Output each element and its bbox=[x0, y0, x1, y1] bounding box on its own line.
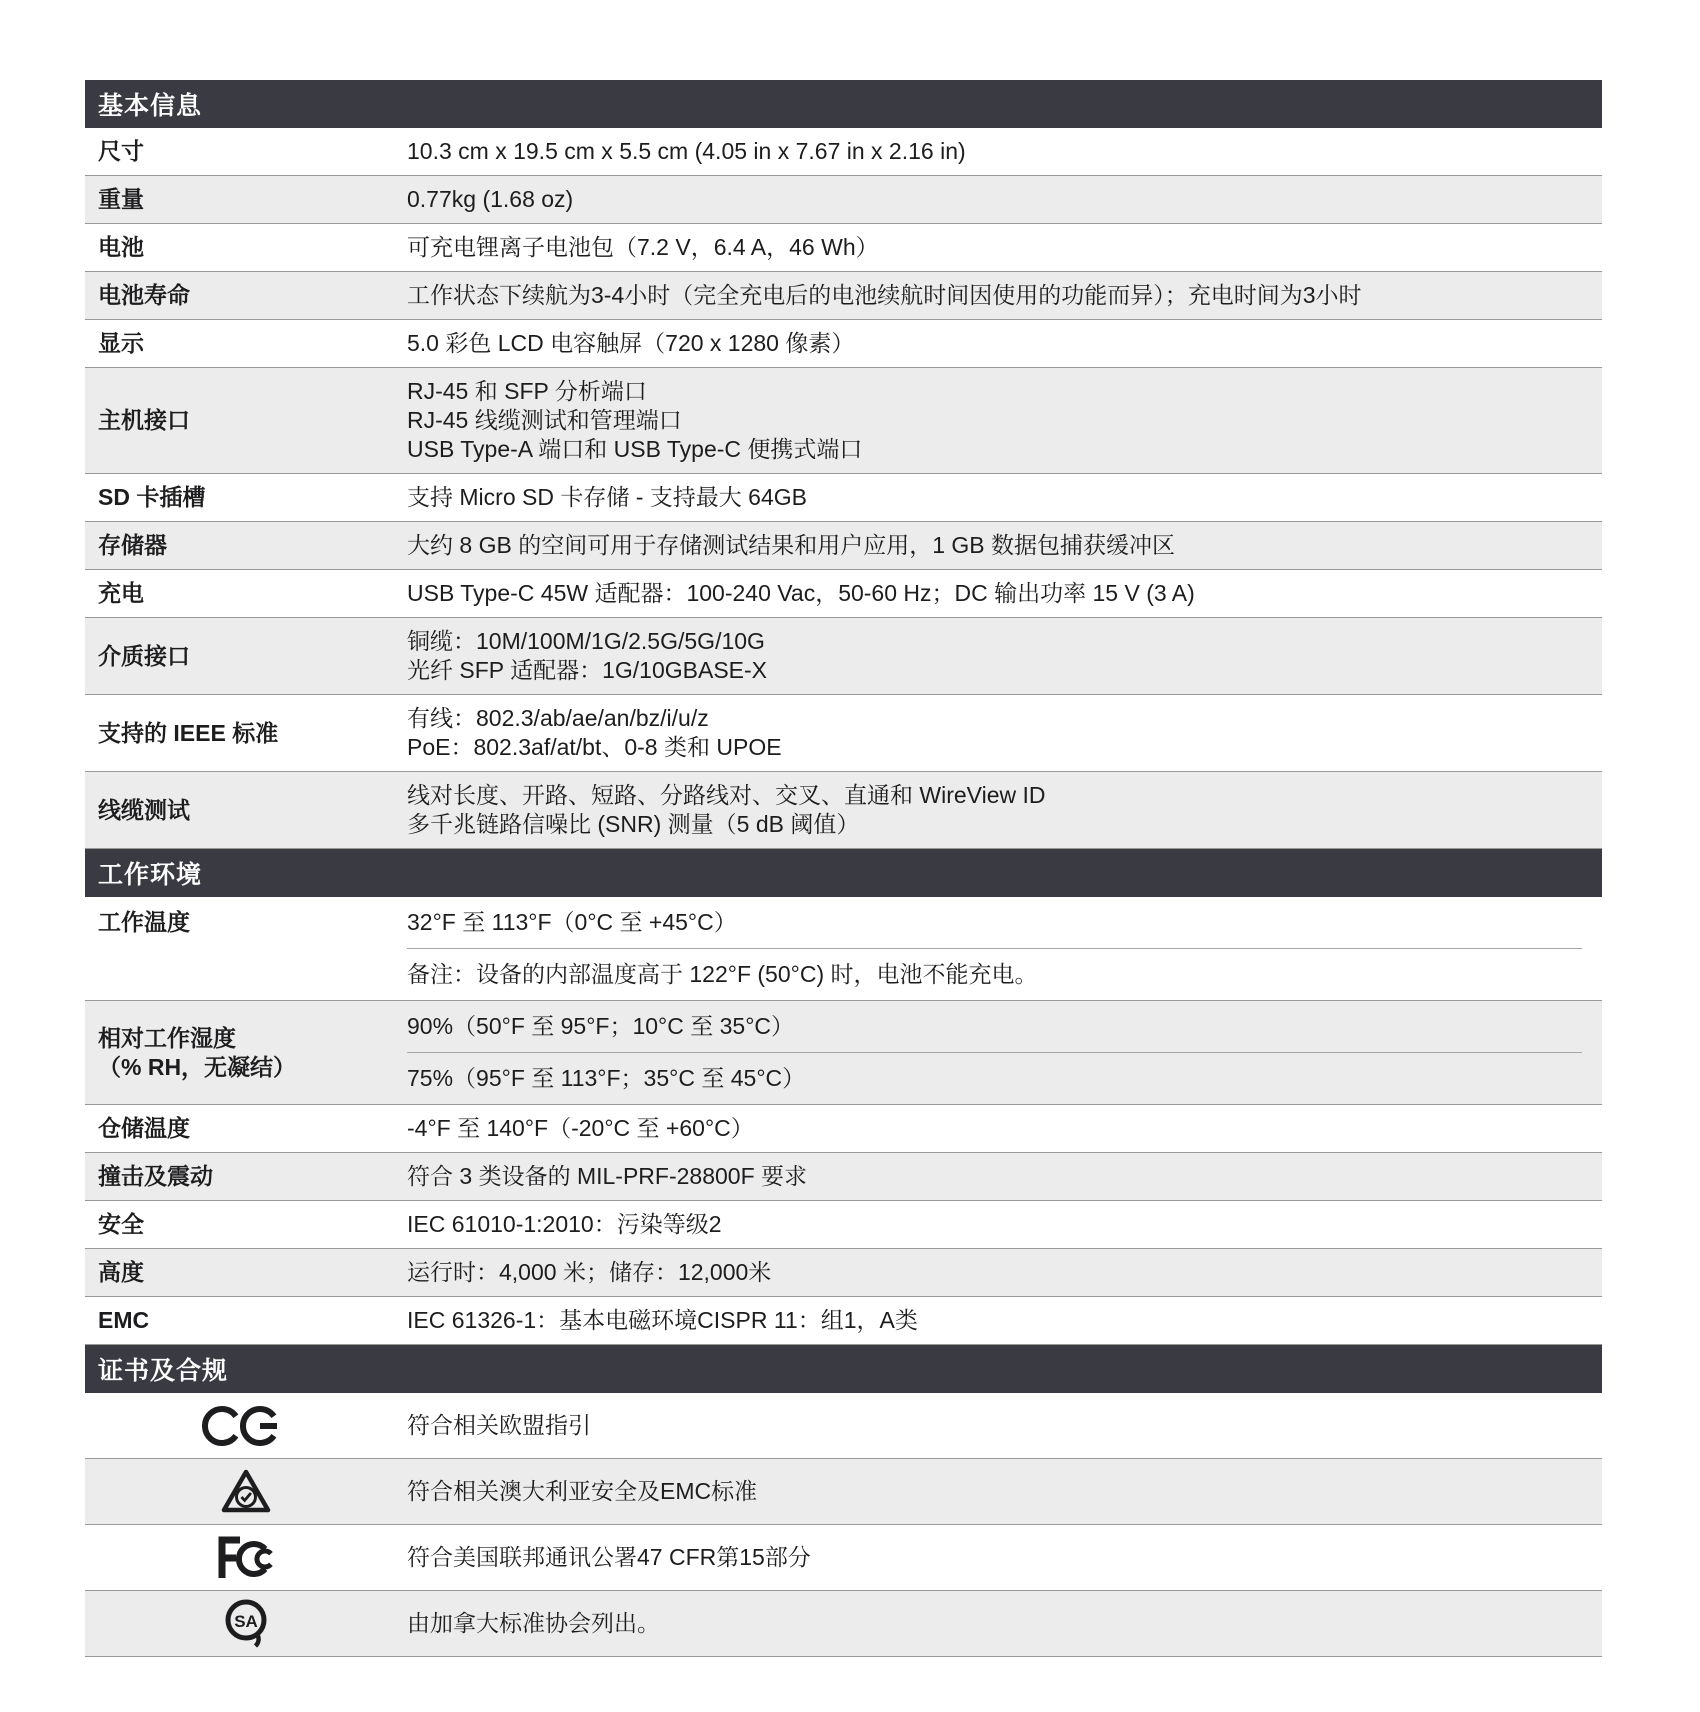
spec-label-line: 支持的 IEEE 标准 bbox=[98, 719, 397, 748]
section-header: 基本信息 bbox=[85, 80, 1602, 128]
certification-row: 符合相关欧盟指引 bbox=[85, 1393, 1602, 1459]
spec-label: 重量 bbox=[85, 176, 407, 223]
spec-row: EMCIEC 61326-1：基本电磁环境CISPR 11：组1，A类 bbox=[85, 1297, 1602, 1345]
spec-label: SD 卡插槽 bbox=[85, 474, 407, 521]
spec-value-group: 符合美国联邦通讯公署47 CFR第15部分 bbox=[407, 1534, 1582, 1581]
spec-value: 5.0 彩色 LCD 电容触屏（720 x 1280 像素） bbox=[407, 320, 1602, 367]
spec-label-line: 介质接口 bbox=[98, 642, 397, 671]
spec-value-group: 符合相关澳大利亚安全及EMC标准 bbox=[407, 1468, 1582, 1515]
spec-value: 符合相关澳大利亚安全及EMC标准 bbox=[407, 1459, 1602, 1524]
spec-label: 电池寿命 bbox=[85, 272, 407, 319]
spec-value-group: 可充电锂离子电池包（7.2 V，6.4 A，46 Wh） bbox=[407, 224, 1582, 271]
spec-value-group: 75%（95°F 至 113°F；35°C 至 45°C） bbox=[407, 1052, 1582, 1104]
spec-row: 线缆测试线对长度、开路、短路、分路线对、交叉、直通和 WireView ID多千… bbox=[85, 772, 1602, 849]
spec-label-line: （% RH，无凝结） bbox=[98, 1053, 397, 1082]
spec-value-group: 符合 3 类设备的 MIL-PRF-28800F 要求 bbox=[407, 1153, 1582, 1200]
spec-label-line: 重量 bbox=[98, 185, 397, 214]
spec-value-line: 多千兆链路信噪比 (SNR) 测量（5 dB 阈值） bbox=[407, 810, 1582, 839]
spec-label: 高度 bbox=[85, 1249, 407, 1296]
spec-label-line: 充电 bbox=[98, 579, 397, 608]
spec-value-line: -4°F 至 140°F（-20°C 至 +60°C） bbox=[407, 1114, 1582, 1143]
certification-row: 符合美国联邦通讯公署47 CFR第15部分 bbox=[85, 1525, 1602, 1591]
spec-value: 0.77kg (1.68 oz) bbox=[407, 176, 1602, 223]
spec-label: 相对工作湿度（% RH，无凝结） bbox=[85, 1001, 407, 1104]
spec-value: 32°F 至 113°F（0°C 至 +45°C）备注：设备的内部温度高于 12… bbox=[407, 897, 1602, 1000]
spec-label-line: 主机接口 bbox=[98, 406, 397, 435]
spec-label: 充电 bbox=[85, 570, 407, 617]
section-title: 工作环境 bbox=[98, 855, 202, 891]
spec-label-line: 线缆测试 bbox=[98, 796, 397, 825]
spec-value: 运行时：4,000 米；储存：12,000米 bbox=[407, 1249, 1602, 1296]
spec-value-line: 运行时：4,000 米；储存：12,000米 bbox=[407, 1258, 1582, 1287]
spec-row: 介质接口铜缆：10M/100M/1G/2.5G/5G/10G光纤 SFP 适配器… bbox=[85, 618, 1602, 695]
spec-label: 尺寸 bbox=[85, 128, 407, 175]
spec-row: 主机接口RJ-45 和 SFP 分析端口RJ-45 线缆测试和管理端口USB T… bbox=[85, 368, 1602, 474]
spec-value-line: 线对长度、开路、短路、分路线对、交叉、直通和 WireView ID bbox=[407, 781, 1582, 810]
spec-value-line: 可充电锂离子电池包（7.2 V，6.4 A，46 Wh） bbox=[407, 233, 1582, 262]
spec-value: 10.3 cm x 19.5 cm x 5.5 cm (4.05 in x 7.… bbox=[407, 128, 1602, 175]
spec-row: 撞击及震动符合 3 类设备的 MIL-PRF-28800F 要求 bbox=[85, 1153, 1602, 1201]
spec-value-group: 备注：设备的内部温度高于 122°F (50°C) 时，电池不能充电。 bbox=[407, 948, 1582, 1000]
spec-value-line: 符合相关澳大利亚安全及EMC标准 bbox=[407, 1477, 1582, 1506]
spec-label: 线缆测试 bbox=[85, 772, 407, 848]
spec-value-line: 铜缆：10M/100M/1G/2.5G/5G/10G bbox=[407, 627, 1582, 656]
spec-row: SD 卡插槽支持 Micro SD 卡存储 - 支持最大 64GB bbox=[85, 474, 1602, 522]
spec-value-group: 符合相关欧盟指引 bbox=[407, 1402, 1582, 1449]
certification-logo-cell bbox=[85, 1525, 407, 1590]
section-header: 工作环境 bbox=[85, 849, 1602, 897]
spec-value: 90%（50°F 至 95°F；10°C 至 35°C）75%（95°F 至 1… bbox=[407, 1001, 1602, 1104]
spec-value-line: 90%（50°F 至 95°F；10°C 至 35°C） bbox=[407, 1012, 1582, 1041]
spec-value-line: IEC 61010-1:2010：污染等级2 bbox=[407, 1210, 1582, 1239]
spec-value-group: 线对长度、开路、短路、分路线对、交叉、直通和 WireView ID多千兆链路信… bbox=[407, 772, 1582, 848]
spec-value-line: USB Type-A 端口和 USB Type-C 便携式端口 bbox=[407, 435, 1582, 464]
spec-value-group: 0.77kg (1.68 oz) bbox=[407, 176, 1582, 223]
spec-value-group: IEC 61326-1：基本电磁环境CISPR 11：组1，A类 bbox=[407, 1297, 1582, 1344]
spec-row: 存储器大约 8 GB 的空间可用于存储测试结果和用户应用，1 GB 数据包捕获缓… bbox=[85, 522, 1602, 570]
spec-value-line: IEC 61326-1：基本电磁环境CISPR 11：组1，A类 bbox=[407, 1306, 1582, 1335]
spec-value-line: 由加拿大标准协会列出。 bbox=[407, 1609, 1582, 1638]
spec-value: 支持 Micro SD 卡存储 - 支持最大 64GB bbox=[407, 474, 1602, 521]
spec-label: 工作温度 bbox=[85, 897, 407, 1000]
certification-logo-cell bbox=[85, 1393, 407, 1458]
spec-value: IEC 61010-1:2010：污染等级2 bbox=[407, 1201, 1602, 1248]
spec-label-line: 撞击及震动 bbox=[98, 1162, 397, 1191]
spec-value-line: 符合美国联邦通讯公署47 CFR第15部分 bbox=[407, 1543, 1582, 1572]
spec-sheet-page: 基本信息尺寸10.3 cm x 19.5 cm x 5.5 cm (4.05 i… bbox=[0, 0, 1700, 1712]
spec-value-group: IEC 61010-1:2010：污染等级2 bbox=[407, 1201, 1582, 1248]
spec-value-group: 5.0 彩色 LCD 电容触屏（720 x 1280 像素） bbox=[407, 320, 1582, 367]
spec-value-line: RJ-45 和 SFP 分析端口 bbox=[407, 377, 1582, 406]
rcm-icon bbox=[219, 1467, 273, 1517]
spec-row: 电池寿命工作状态下续航为3-4小时（完全充电后的电池续航时间因使用的功能而异）；… bbox=[85, 272, 1602, 320]
spec-row: 仓储温度-4°F 至 140°F（-20°C 至 +60°C） bbox=[85, 1105, 1602, 1153]
spec-row: 支持的 IEEE 标准有线：802.3/ab/ae/an/bz/i/u/zPoE… bbox=[85, 695, 1602, 772]
spec-value: 有线：802.3/ab/ae/an/bz/i/u/zPoE：802.3af/at… bbox=[407, 695, 1602, 771]
csa-icon: SA bbox=[220, 1596, 272, 1652]
spec-row: 相对工作湿度（% RH，无凝结）90%（50°F 至 95°F；10°C 至 3… bbox=[85, 1001, 1602, 1105]
fcc-icon bbox=[213, 1533, 279, 1583]
spec-value-group: 32°F 至 113°F（0°C 至 +45°C） bbox=[407, 897, 1582, 948]
spec-value-line: 符合 3 类设备的 MIL-PRF-28800F 要求 bbox=[407, 1162, 1582, 1191]
spec-value-group: -4°F 至 140°F（-20°C 至 +60°C） bbox=[407, 1105, 1582, 1152]
spec-label-line: 相对工作湿度 bbox=[98, 1024, 397, 1053]
spec-value-group: 10.3 cm x 19.5 cm x 5.5 cm (4.05 in x 7.… bbox=[407, 128, 1582, 175]
spec-label-line: SD 卡插槽 bbox=[98, 483, 397, 512]
spec-label: 安全 bbox=[85, 1201, 407, 1248]
spec-label: 显示 bbox=[85, 320, 407, 367]
spec-value-group: RJ-45 和 SFP 分析端口RJ-45 线缆测试和管理端口USB Type-… bbox=[407, 368, 1582, 473]
spec-value: RJ-45 和 SFP 分析端口RJ-45 线缆测试和管理端口USB Type-… bbox=[407, 368, 1602, 473]
certification-logo-cell bbox=[85, 1459, 407, 1524]
spec-value-line: 光纤 SFP 适配器：1G/10GBASE-X bbox=[407, 656, 1582, 685]
spec-row: 尺寸10.3 cm x 19.5 cm x 5.5 cm (4.05 in x … bbox=[85, 128, 1602, 176]
spec-value-group: USB Type-C 45W 适配器：100-240 Vac，50-60 Hz；… bbox=[407, 570, 1582, 617]
spec-value-line: PoE：802.3af/at/bt、0-8 类和 UPOE bbox=[407, 733, 1582, 762]
svg-text:SA: SA bbox=[234, 1612, 258, 1631]
spec-label-line: 工作温度 bbox=[98, 908, 397, 937]
spec-label: 电池 bbox=[85, 224, 407, 271]
spec-value: 符合美国联邦通讯公署47 CFR第15部分 bbox=[407, 1525, 1602, 1590]
spec-value: 大约 8 GB 的空间可用于存储测试结果和用户应用，1 GB 数据包捕获缓冲区 bbox=[407, 522, 1602, 569]
spec-label-line: EMC bbox=[98, 1306, 397, 1335]
spec-value: 符合相关欧盟指引 bbox=[407, 1393, 1602, 1458]
spec-label-line: 电池寿命 bbox=[98, 281, 397, 310]
section-header: 证书及合规 bbox=[85, 1345, 1602, 1393]
spec-label-line: 安全 bbox=[98, 1210, 397, 1239]
spec-value-group: 支持 Micro SD 卡存储 - 支持最大 64GB bbox=[407, 474, 1582, 521]
spec-value-group: 由加拿大标准协会列出。 bbox=[407, 1600, 1582, 1647]
certification-row: SA由加拿大标准协会列出。 bbox=[85, 1591, 1602, 1657]
spec-value-group: 有线：802.3/ab/ae/an/bz/i/u/zPoE：802.3af/at… bbox=[407, 695, 1582, 771]
spec-value-group: 大约 8 GB 的空间可用于存储测试结果和用户应用，1 GB 数据包捕获缓冲区 bbox=[407, 522, 1582, 569]
spec-value: 铜缆：10M/100M/1G/2.5G/5G/10G光纤 SFP 适配器：1G/… bbox=[407, 618, 1602, 694]
spec-value-line: RJ-45 线缆测试和管理端口 bbox=[407, 406, 1582, 435]
certification-logo-cell: SA bbox=[85, 1591, 407, 1656]
spec-value-line: 32°F 至 113°F（0°C 至 +45°C） bbox=[407, 908, 1582, 937]
spec-label: 撞击及震动 bbox=[85, 1153, 407, 1200]
spec-value-line: 备注：设备的内部温度高于 122°F (50°C) 时，电池不能充电。 bbox=[407, 960, 1582, 989]
spec-value: 线对长度、开路、短路、分路线对、交叉、直通和 WireView ID多千兆链路信… bbox=[407, 772, 1602, 848]
spec-label-line: 高度 bbox=[98, 1258, 397, 1287]
spec-value: 工作状态下续航为3-4小时（完全充电后的电池续航时间因使用的功能而异）；充电时间… bbox=[407, 272, 1602, 319]
spec-row: 显示5.0 彩色 LCD 电容触屏（720 x 1280 像素） bbox=[85, 320, 1602, 368]
spec-label: 介质接口 bbox=[85, 618, 407, 694]
spec-value-line: 工作状态下续航为3-4小时（完全充电后的电池续航时间因使用的功能而异）；充电时间… bbox=[407, 281, 1582, 310]
spec-value-line: 大约 8 GB 的空间可用于存储测试结果和用户应用，1 GB 数据包捕获缓冲区 bbox=[407, 531, 1582, 560]
spec-value: -4°F 至 140°F（-20°C 至 +60°C） bbox=[407, 1105, 1602, 1152]
spec-label-line: 显示 bbox=[98, 329, 397, 358]
spec-value: IEC 61326-1：基本电磁环境CISPR 11：组1，A类 bbox=[407, 1297, 1602, 1344]
spec-row: 安全IEC 61010-1:2010：污染等级2 bbox=[85, 1201, 1602, 1249]
spec-value-group: 铜缆：10M/100M/1G/2.5G/5G/10G光纤 SFP 适配器：1G/… bbox=[407, 618, 1582, 694]
spec-value-line: 75%（95°F 至 113°F；35°C 至 45°C） bbox=[407, 1064, 1582, 1093]
spec-value: 由加拿大标准协会列出。 bbox=[407, 1591, 1602, 1656]
spec-value: 符合 3 类设备的 MIL-PRF-28800F 要求 bbox=[407, 1153, 1602, 1200]
spec-label: 支持的 IEEE 标准 bbox=[85, 695, 407, 771]
spec-label: 主机接口 bbox=[85, 368, 407, 473]
spec-label-line: 仓储温度 bbox=[98, 1114, 397, 1143]
spec-value-group: 工作状态下续航为3-4小时（完全充电后的电池续航时间因使用的功能而异）；充电时间… bbox=[407, 272, 1582, 319]
section-title: 基本信息 bbox=[98, 86, 202, 122]
spec-label-line: 存储器 bbox=[98, 531, 397, 560]
spec-table: 基本信息尺寸10.3 cm x 19.5 cm x 5.5 cm (4.05 i… bbox=[85, 80, 1602, 1657]
spec-value-line: 10.3 cm x 19.5 cm x 5.5 cm (4.05 in x 7.… bbox=[407, 137, 1582, 166]
spec-value-group: 90%（50°F 至 95°F；10°C 至 35°C） bbox=[407, 1001, 1582, 1052]
spec-value-line: 有线：802.3/ab/ae/an/bz/i/u/z bbox=[407, 704, 1582, 733]
spec-row: 电池可充电锂离子电池包（7.2 V，6.4 A，46 Wh） bbox=[85, 224, 1602, 272]
spec-label: EMC bbox=[85, 1297, 407, 1344]
section-title: 证书及合规 bbox=[98, 1351, 228, 1387]
spec-row: 重量0.77kg (1.68 oz) bbox=[85, 176, 1602, 224]
spec-value-line: 0.77kg (1.68 oz) bbox=[407, 185, 1582, 214]
certification-row: 符合相关澳大利亚安全及EMC标准 bbox=[85, 1459, 1602, 1525]
spec-value-group: 运行时：4,000 米；储存：12,000米 bbox=[407, 1249, 1582, 1296]
spec-label: 存储器 bbox=[85, 522, 407, 569]
ce-icon bbox=[202, 1400, 290, 1452]
spec-value-line: 5.0 彩色 LCD 电容触屏（720 x 1280 像素） bbox=[407, 329, 1582, 358]
spec-label: 仓储温度 bbox=[85, 1105, 407, 1152]
spec-row: 高度运行时：4,000 米；储存：12,000米 bbox=[85, 1249, 1602, 1297]
spec-value: 可充电锂离子电池包（7.2 V，6.4 A，46 Wh） bbox=[407, 224, 1602, 271]
spec-label-line: 尺寸 bbox=[98, 137, 397, 166]
spec-value-line: USB Type-C 45W 适配器：100-240 Vac，50-60 Hz；… bbox=[407, 579, 1582, 608]
spec-label-line: 电池 bbox=[98, 233, 397, 262]
spec-value-line: 符合相关欧盟指引 bbox=[407, 1411, 1582, 1440]
spec-row: 充电USB Type-C 45W 适配器：100-240 Vac，50-60 H… bbox=[85, 570, 1602, 618]
spec-value: USB Type-C 45W 适配器：100-240 Vac，50-60 Hz；… bbox=[407, 570, 1602, 617]
spec-value-line: 支持 Micro SD 卡存储 - 支持最大 64GB bbox=[407, 483, 1582, 512]
spec-row: 工作温度32°F 至 113°F（0°C 至 +45°C）备注：设备的内部温度高… bbox=[85, 897, 1602, 1001]
